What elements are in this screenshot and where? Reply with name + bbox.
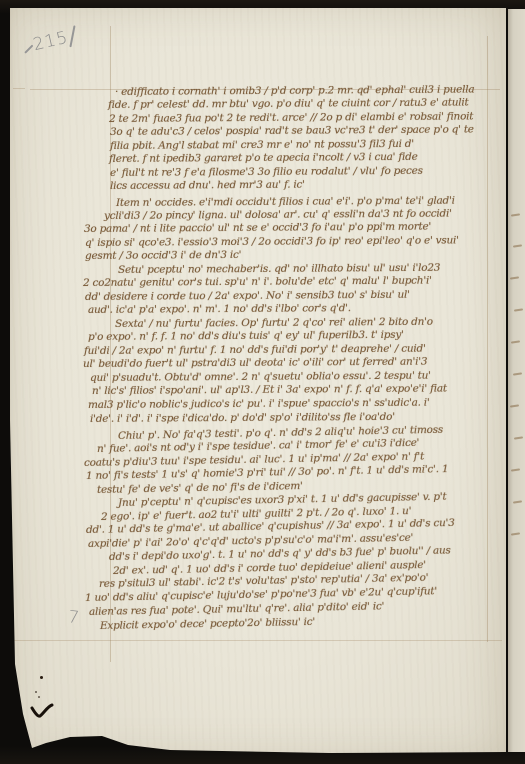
leaf-edge-script-mark — [513, 500, 522, 503]
leaf-edge-script-mark — [513, 244, 522, 247]
manuscript-line: lics accessu ad dnu'. hed mr'3 au' f. ic… — [110, 179, 305, 193]
manuscript-line: aud'. ic'a' p'a' expo'. n' m'. 1 no' dd'… — [88, 302, 351, 317]
ink-blot-mark — [29, 701, 55, 721]
manuscript-line: n' lic's' filios' i'spo'ani'. ul' ap'l3.… — [92, 383, 447, 398]
pencil-numeral: 7 — [67, 609, 82, 627]
manuscript-line: 2 co2natu' genitu' cor's tui. sp'u' n' i… — [83, 275, 432, 290]
manuscript-line: i'de'. i' i'd'. i' i'spe i'dica'do. p' d… — [90, 411, 395, 426]
leaf-edge-script-mark — [513, 372, 522, 375]
manuscript-line: mal3 p'lic'o noblic's judico's ic' pu'. … — [88, 397, 430, 412]
ink-speck-mark — [35, 691, 37, 693]
photo-background: 215 7 · edifficato i cornath' i omib3 / … — [0, 0, 525, 764]
leaf-edge-script-mark — [511, 213, 520, 216]
manuscript-line: ul' beudi'do fuer't ul' pstra'di3 ul' de… — [83, 356, 427, 371]
manuscript-line: p'o expo'. n' f. f. 1 no' dd's diu's tui… — [88, 329, 404, 344]
leaf-edge-script-mark — [511, 468, 520, 471]
manuscript-line: q' ispio si' qco'e3. i'essio'3 moi'3 / 2… — [85, 234, 459, 250]
leaf-edge-script-mark — [511, 340, 520, 343]
ink-speck-mark — [38, 696, 40, 698]
manuscript-line: dd' desidere i corde tuo / 2a' expo'. No… — [85, 289, 410, 304]
manuscript-line: e' fiul't nt re'3 f e'a filosme'3 3o fil… — [110, 165, 423, 180]
manuscript-line: fleret. f nt ipedib3 gararet p'o te apec… — [109, 151, 418, 166]
manuscript-line: 3o q' te adu'c3 / celos' pospia' rad't s… — [110, 123, 474, 139]
leaf-edge-script-mark — [511, 532, 520, 535]
manuscript-line: gesmt / 3o occid'3 i' de dn'3 ic' — [85, 249, 241, 263]
adjacent-leaf-edge — [508, 9, 525, 752]
manuscript-page: 215 7 · edifficato i cornath' i omib3 / … — [0, 0, 506, 764]
manuscript-line: fide. f pr' celest' dd. mr btu' vgo. p'o… — [108, 96, 469, 112]
leaf-edge-script-mark — [510, 404, 519, 407]
explicit-line: Explicit expo'o' dece' pcepto'2o' bliiss… — [100, 616, 315, 633]
manuscript-line: 3o pama' / nt i lite paccio' ul' nt se e… — [84, 221, 431, 236]
leaf-edge-script-mark — [510, 276, 519, 279]
leaf-edge-script-mark — [514, 308, 523, 311]
manuscript-text: · edifficato i cornath' i omib3 / p'd co… — [0, 0, 506, 764]
ink-dot-mark — [40, 676, 43, 679]
leaf-edge-script-mark — [514, 436, 523, 439]
